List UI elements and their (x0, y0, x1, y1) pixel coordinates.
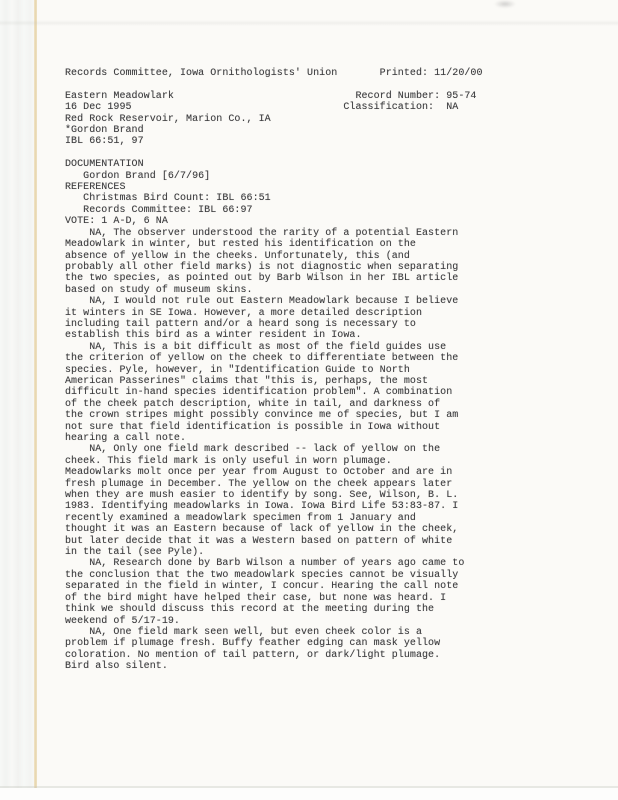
typewritten-record-text: Records Committee, Iowa Ornithologists' … (65, 68, 483, 673)
page-bottom-band (0, 788, 618, 800)
scan-streak (0, 20, 618, 26)
scanned-document-page: Records Committee, Iowa Ornithologists' … (0, 0, 618, 800)
scan-left-edge (0, 0, 34, 800)
page-binder-line (34, 0, 37, 800)
scan-smudge (494, 0, 516, 8)
